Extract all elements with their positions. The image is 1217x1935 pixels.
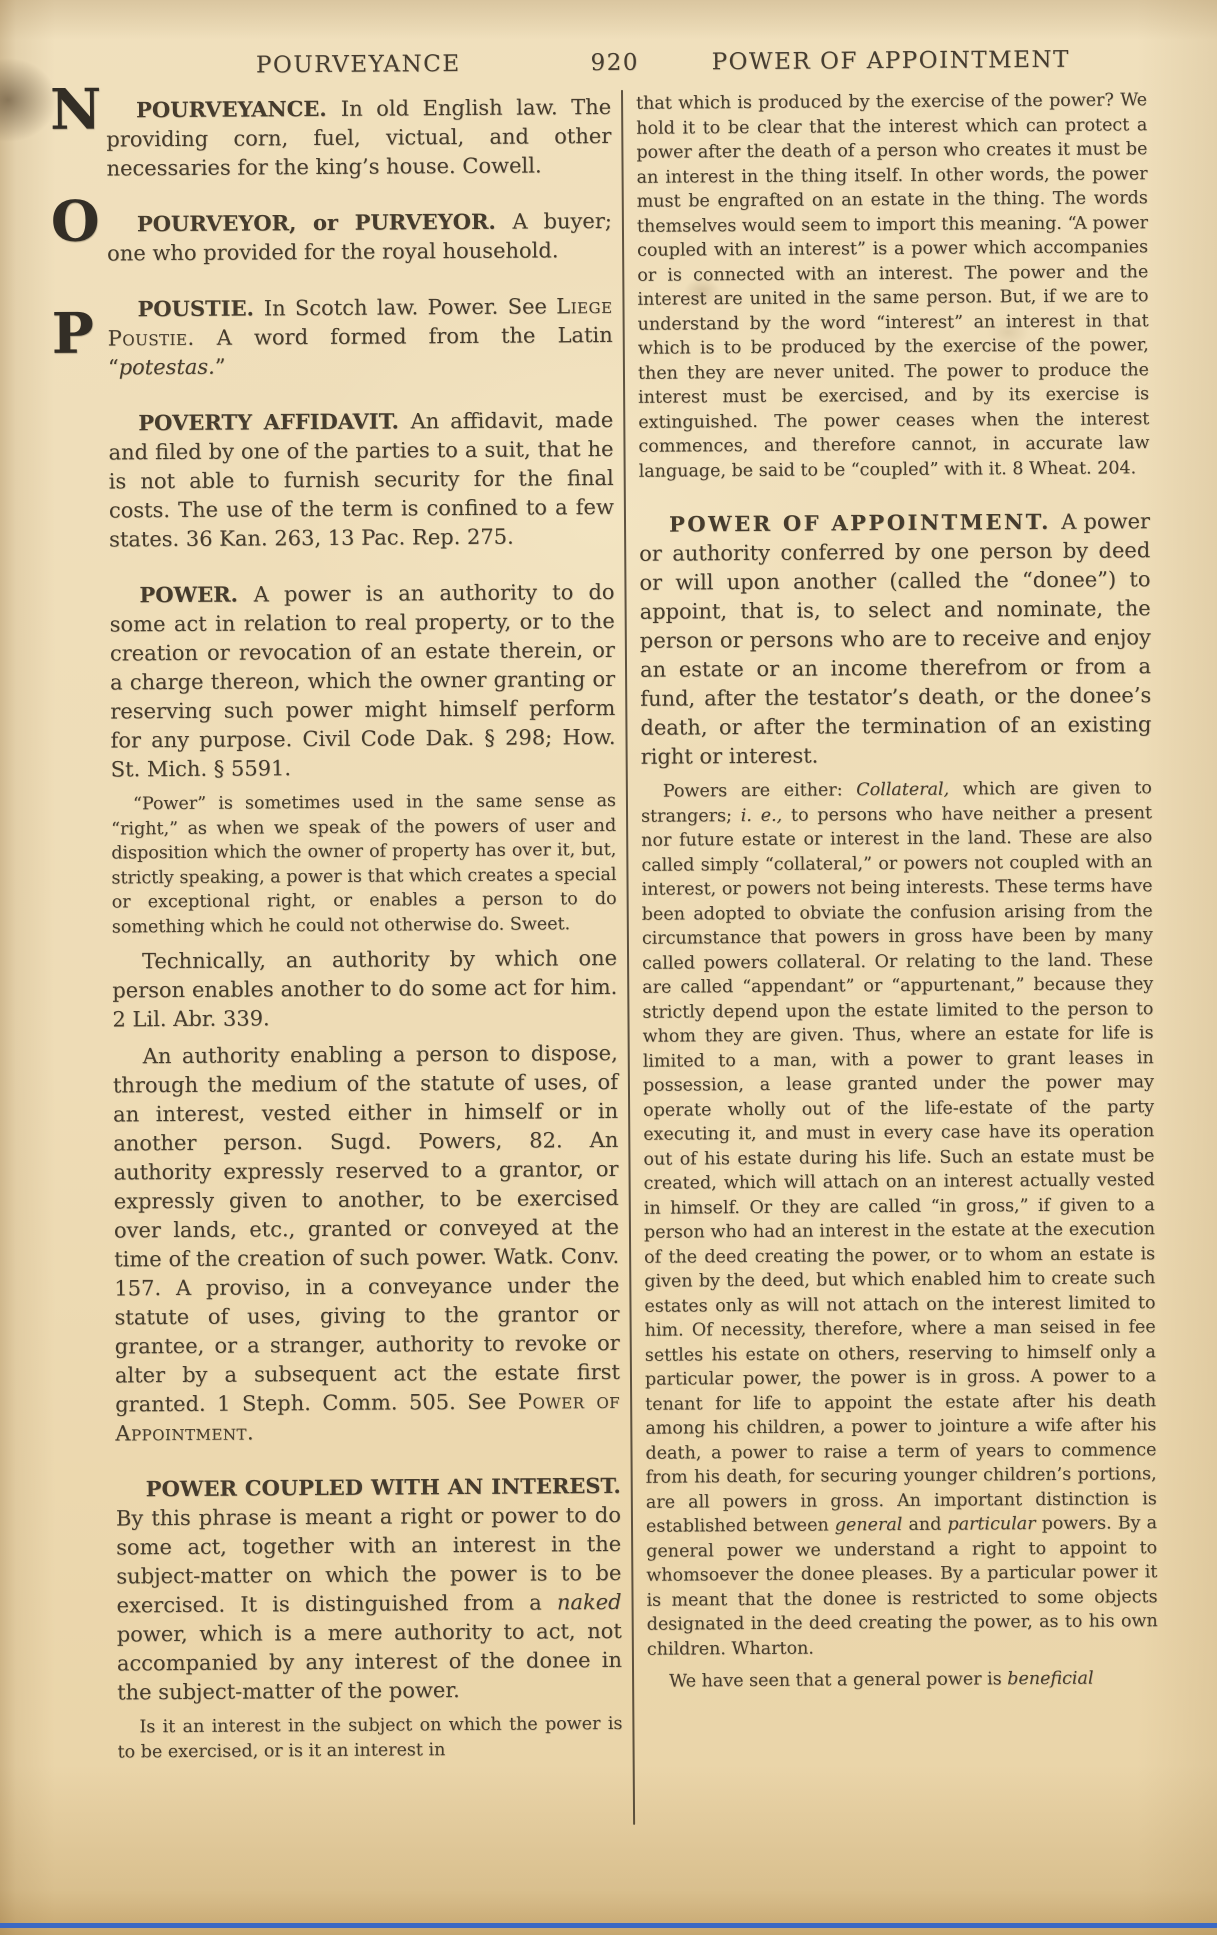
power-coupled-quotation-start: Is it an interest in the subject on whic…	[117, 1712, 622, 1765]
left-text-column: POURVEYANCE. In old English law. The pro…	[106, 92, 623, 1764]
text-segment-n: By this phrase is meant a right or power…	[116, 1503, 622, 1618]
text-segment-n: In Scotch law. Power. See	[264, 294, 557, 320]
bottom-scan-line	[0, 1923, 1217, 1928]
entry-pourveyance: POURVEYANCE. In old English law. The pro…	[106, 92, 612, 184]
power-note-authority-dispose: An authority enabling a person to dispos…	[113, 1039, 621, 1449]
text-segment-i: particular	[947, 1514, 1035, 1535]
power-coupled-quotation-continued: that which is produced by the exercise o…	[636, 88, 1150, 484]
text-segment-i: beneficial	[1007, 1669, 1093, 1690]
text-segment-n: ”	[215, 355, 226, 379]
text-segment-n: A power is an authority to do some act i…	[110, 580, 616, 782]
entry-poustie: POUSTIE. In Scotch law. Power. See Liege…	[107, 291, 613, 383]
text-segment-b: POURVEYOR, or PURVEYOR.	[137, 209, 513, 237]
text-segment-b: POWER.	[139, 581, 253, 607]
thumb-index-letter-n: N	[50, 82, 102, 138]
text-segment-n: An authority enabling a person to dispos…	[113, 1041, 620, 1417]
page-content: POURVEYANCE 920 POWER OF APPOINTMENT N O…	[0, 0, 1217, 1935]
entry-poverty-affidavit: POVERTY AFFIDAVIT. An affidavit, made an…	[108, 405, 614, 555]
power-note-sweet: “Power” is sometimes used in the same se…	[111, 789, 617, 940]
text-segment-n: Is it an interest in the subject on whic…	[118, 1714, 623, 1762]
text-segment-n: “Power” is sometimes used in the same se…	[111, 791, 617, 937]
text-segment-n: Powers are either:	[663, 780, 857, 801]
scanned-book-page: { "page": { "header": { "left_title": "P…	[0, 0, 1217, 1935]
entry-power-of-appointment: POWER OF APPOINTMENT. A power or authori…	[639, 506, 1152, 772]
running-head-right: POWER OF APPOINTMENT	[636, 46, 1146, 76]
text-segment-i: i. e.,	[741, 805, 783, 825]
text-segment-n: and	[902, 1515, 947, 1535]
text-segment-i: Collateral,	[856, 780, 949, 801]
power-note-technically: Technically, an authority by which one p…	[112, 944, 618, 1035]
text-segment-bw: POWER OF APPOINTMENT.	[669, 509, 1061, 537]
text-segment-n: to persons who have neither a present no…	[641, 803, 1157, 1537]
text-segment-n: A power or authority conferred by one pe…	[639, 509, 1151, 769]
text-segment-n: power, which is a mere authority to act,…	[117, 1619, 622, 1705]
text-segment-n: We have seen that a general power is	[669, 1669, 1007, 1691]
entry-power: POWER. A power is an authority to do som…	[109, 577, 615, 785]
powers-classification-note: Powers are either: Collateral, which are…	[641, 776, 1158, 1662]
column-divider-rule	[621, 90, 635, 1825]
text-segment-b: POWER COUPLED WITH AN INTEREST.	[146, 1473, 621, 1501]
entry-pourveyor: POURVEYOR, or PURVEYOR. A buyer; one who…	[107, 206, 612, 269]
thumb-index-letter-p: P	[51, 306, 93, 362]
text-segment-n: that which is produced by the exercise o…	[636, 90, 1150, 481]
text-segment-n: Technically, an authority by which one p…	[112, 946, 617, 1032]
text-segment-b: POUSTIE.	[137, 295, 263, 321]
text-segment-b: POURVEYANCE.	[136, 96, 341, 122]
right-text-column: that which is produced by the exercise o…	[636, 88, 1158, 1694]
text-segment-i: naked	[557, 1590, 622, 1614]
running-head-left: POURVEYANCE	[106, 50, 611, 80]
entry-power-coupled-with-an-interest: POWER COUPLED WITH AN INTEREST. By this …	[116, 1471, 623, 1708]
text-segment-i: general	[835, 1515, 903, 1535]
text-segment-b: POVERTY AFFIDAVIT.	[138, 408, 410, 435]
general-power-beneficial-line: We have seen that a general power is ben…	[647, 1666, 1158, 1694]
text-segment-i: potestas.	[119, 355, 215, 380]
thumb-index-letter-o: O	[51, 194, 100, 250]
